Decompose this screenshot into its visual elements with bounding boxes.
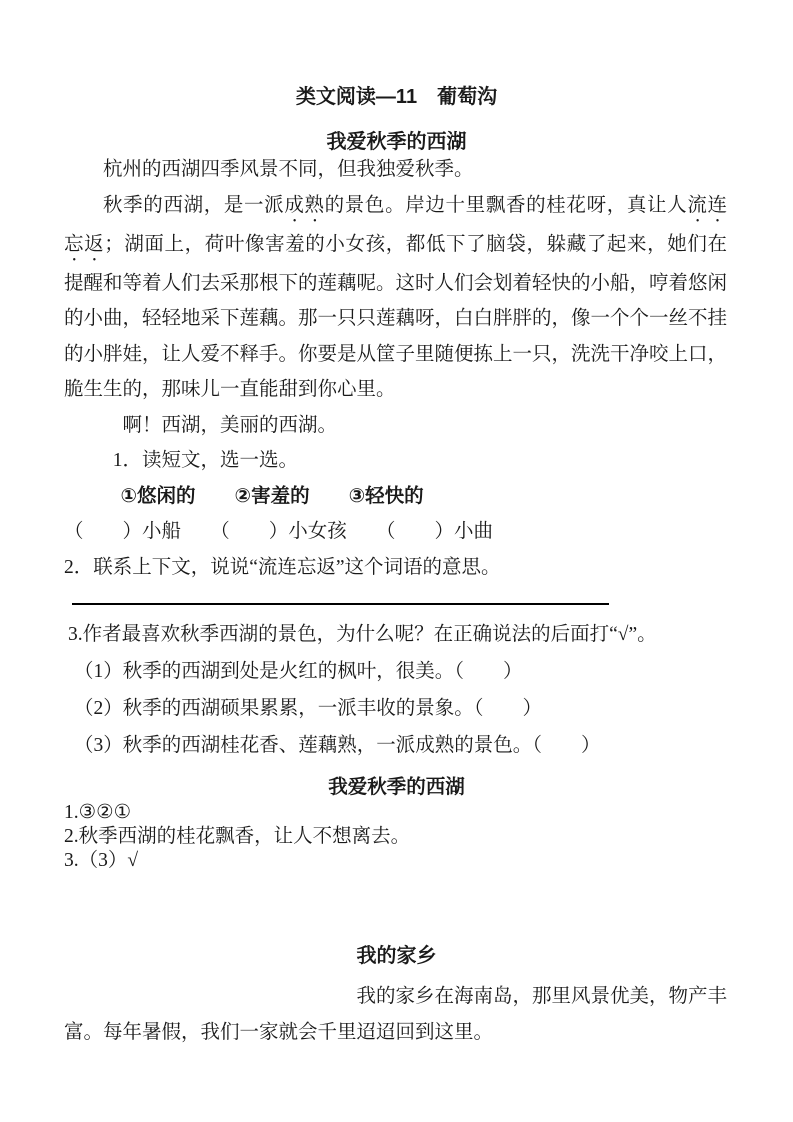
passage1-body: 杭州的西湖四季风景不同，但我独爱秋季。 秋季的西湖，是一派成熟的景色。岸边十里飘… — [64, 152, 727, 585]
answer-item-1: 1.③②① — [64, 801, 744, 825]
question-3-item-1: （1）秋季的西湖到处是火红的枫叶，很美。（ ） — [74, 653, 754, 690]
passage2-paragraph-1: 我的家乡在海南岛，那里风景优美，物产丰富。每年暑假，我们一家就会千里迢迢回到这里… — [64, 979, 727, 1050]
answers-title: 我爱秋季的西湖 — [0, 776, 793, 800]
question-1-options: ①悠闲的 ②害羞的 ③轻快的 — [64, 479, 727, 515]
question-1-stem: 1．读短文，选一选。 — [64, 443, 727, 479]
passage1-paragraph-2: 秋季的西湖，是一派成熟的景色。岸边十里飘香的桂花呀，真让人流连忘返；湖面上，荷叶… — [64, 188, 727, 408]
answer-writing-line — [72, 603, 609, 605]
passage1-paragraph-1: 杭州的西湖四季风景不同，但我独爱秋季。 — [64, 152, 727, 188]
question-2-stem: 2．联系上下文，说说“流连忘返”这个词语的意思。 — [64, 550, 727, 586]
question-3-stem: 3.作者最喜欢秋季西湖的景色，为什么呢？在正确说法的后面打“√”。 — [68, 616, 754, 653]
passage2-title: 我的家乡 — [0, 939, 793, 974]
text-segment: ；湖面上，荷叶像害羞的小女孩，都低下了脑袋，躲藏了起来，她们在提醒和等着人们去采… — [64, 234, 727, 401]
text-segment: 的景色。岸边十里飘香的桂花呀，真让人 — [325, 195, 688, 216]
text-segment: 秋季的西湖，是一派 — [103, 195, 284, 216]
question-3: 3.作者最喜欢秋季西湖的景色，为什么呢？在正确说法的后面打“√”。 （1）秋季的… — [64, 616, 754, 764]
passage1-paragraph-3: 啊！西湖，美丽的西湖。 — [64, 408, 727, 444]
worksheet-page: 类文阅读—11 葡萄沟 我爱秋季的西湖 杭州的西湖四季风景不同，但我独爱秋季。 … — [0, 0, 793, 1122]
answer-item-3: 3.（3）√ — [64, 849, 744, 873]
passage2-body: 我的家乡在海南岛，那里风景优美，物产丰富。每年暑假，我们一家就会千里迢迢回到这里… — [64, 979, 727, 1050]
question-3-item-3: （3）秋季的西湖桂花香、莲藕熟，一派成熟的景色。（ ） — [74, 727, 754, 764]
question-3-item-2: （2）秋季的西湖硕果累累，一派丰收的景象。（ ） — [74, 690, 754, 727]
answers-list: 1.③②① 2.秋季西湖的桂花飘香，让人不想离去。 3.（3）√ — [64, 801, 744, 873]
emphasized-text: 成熟 — [284, 195, 324, 216]
answer-item-2: 2.秋季西湖的桂花飘香，让人不想离去。 — [64, 825, 744, 849]
question-1-blanks: （ ）小船 （ ）小女孩 （ ）小曲 — [64, 514, 727, 550]
document-title: 类文阅读—11 葡萄沟 — [0, 82, 793, 112]
